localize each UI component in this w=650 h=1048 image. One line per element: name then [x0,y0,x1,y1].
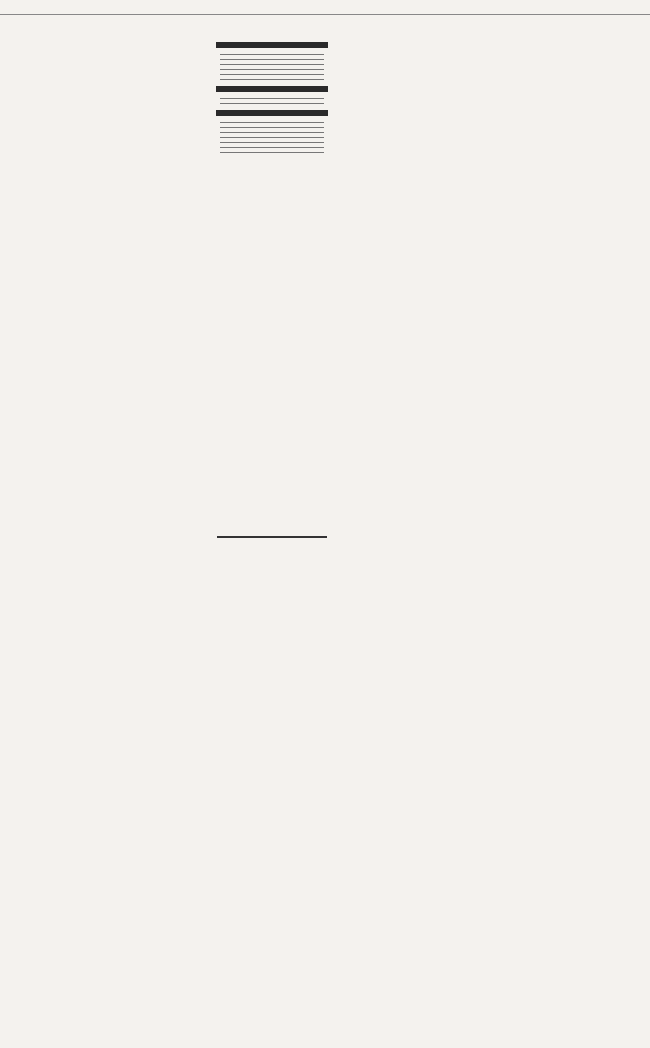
tongi-col-1 [2,46,106,651]
recommendations-title [216,42,328,48]
tongi-col-2 [110,46,214,651]
longterm-title [216,86,328,92]
box-bottom-rule [217,536,327,538]
gov-plan-list [216,118,328,157]
immediate-list [216,50,328,84]
recommendations-box [216,40,328,157]
list-item [220,80,324,84]
tongi-col-3 [216,540,328,651]
masthead [0,0,650,15]
list-item [220,153,324,157]
gov-plan-title [216,110,328,116]
list-item [220,104,324,108]
newspaper-page [0,0,650,1048]
longterm-list [216,94,328,108]
